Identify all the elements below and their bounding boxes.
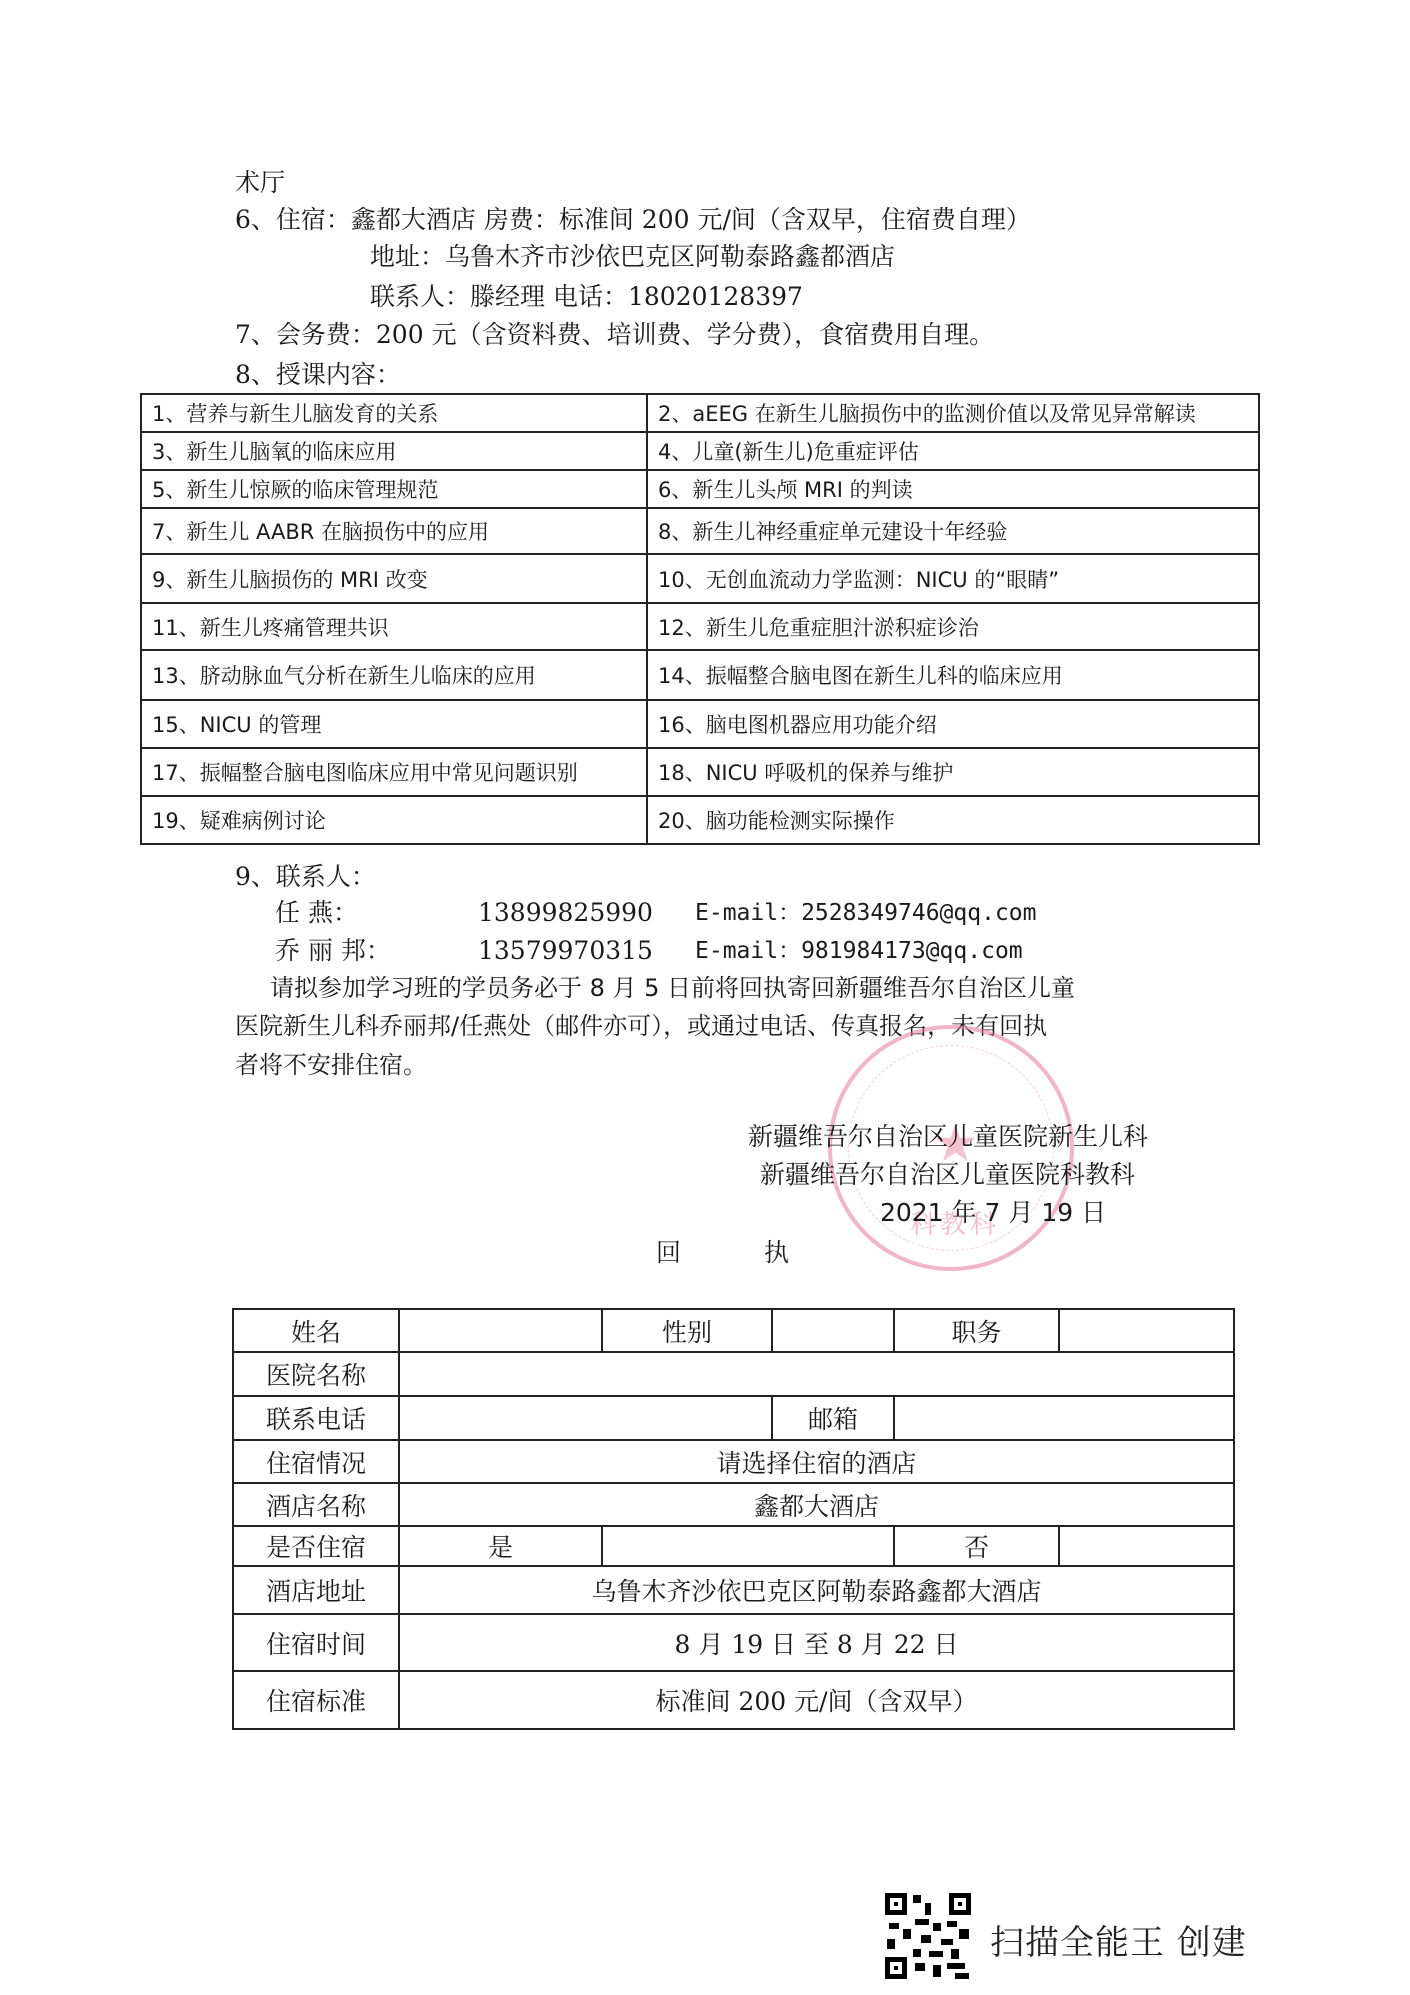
qr-finder bbox=[885, 1893, 907, 1915]
course-cell: 10、无创血流动力学监测：NICU 的“眼睛” bbox=[647, 554, 1259, 603]
course-cell: 5、新生儿惊厥的临床管理规范 bbox=[141, 470, 647, 508]
course-cell: 18、NICU 呼吸机的保养与维护 bbox=[647, 748, 1259, 796]
course-cell: 4、儿童(新生儿)危重症评估 bbox=[647, 432, 1259, 470]
phone-field[interactable] bbox=[399, 1396, 772, 1440]
hospital-label: 医院名称 bbox=[233, 1352, 399, 1396]
hospital-field[interactable] bbox=[399, 1352, 1234, 1396]
signature-date: 2021 年 7 月 19 日 bbox=[880, 1198, 1106, 1228]
contact-1-name: 任 燕： bbox=[275, 898, 358, 928]
table-row: 住宿时间 8 月 19 日 至 8 月 22 日 bbox=[233, 1614, 1234, 1671]
table-row: 是否住宿 是 否 bbox=[233, 1526, 1234, 1566]
table-row: 酒店名称 鑫都大酒店 bbox=[233, 1483, 1234, 1526]
qr-finder bbox=[949, 1893, 971, 1915]
gender-label: 性别 bbox=[602, 1309, 772, 1352]
course-cell: 15、NICU 的管理 bbox=[141, 700, 647, 748]
course-table: 1、营养与新生儿脑发育的关系 2、aEEG 在新生儿脑损伤中的监测价值以及常见异… bbox=[140, 393, 1260, 845]
notice-line-1: 请拟参加学习班的学员务必于 8 月 5 日前将回执寄回新疆维吾尔自治区儿童 bbox=[270, 973, 1075, 1003]
qr-code-icon bbox=[885, 1893, 971, 1979]
course-cell: 17、振幅整合脑电图临床应用中常见问题识别 bbox=[141, 748, 647, 796]
standard-value: 标准间 200 元/间（含双早） bbox=[399, 1671, 1234, 1729]
qr-finder bbox=[885, 1957, 907, 1979]
table-row: 酒店地址 乌鲁木齐沙依巴克区阿勒泰路鑫都大酒店 bbox=[233, 1566, 1234, 1614]
table-row: 1、营养与新生儿脑发育的关系 2、aEEG 在新生儿脑损伤中的监测价值以及常见异… bbox=[141, 394, 1259, 432]
table-row: 15、NICU 的管理 16、脑电图机器应用功能介绍 bbox=[141, 700, 1259, 748]
signature-org-2: 新疆维吾尔自治区儿童医院科教科 bbox=[760, 1160, 1135, 1190]
item-7-fee: 7、会务费：200 元（含资料费、培训费、学分费），食宿费用自理。 bbox=[235, 320, 994, 350]
stay-no-label: 否 bbox=[894, 1526, 1059, 1566]
course-cell: 20、脑功能检测实际操作 bbox=[647, 796, 1259, 844]
hotel-value: 鑫都大酒店 bbox=[399, 1483, 1234, 1526]
reply-title-right: 执 bbox=[764, 1238, 789, 1268]
table-row: 姓名 性别 职务 bbox=[233, 1309, 1234, 1352]
contact-2-phone: 13579970315 bbox=[478, 936, 653, 966]
course-cell: 1、营养与新生儿脑发育的关系 bbox=[141, 394, 647, 432]
item-6-contact: 联系人：滕经理 电话：18020128397 bbox=[370, 282, 803, 312]
course-cell: 3、新生儿脑氧的临床应用 bbox=[141, 432, 647, 470]
table-row: 联系电话 邮箱 bbox=[233, 1396, 1234, 1440]
notice-line-3: 者将不安排住宿。 bbox=[235, 1050, 427, 1080]
item-6-lodging: 6、住宿：鑫都大酒店 房费：标准间 200 元/间（含双早，住宿费自理） bbox=[235, 205, 1031, 235]
position-field[interactable] bbox=[1059, 1309, 1234, 1352]
course-cell: 8、新生儿神经重症单元建设十年经验 bbox=[647, 508, 1259, 554]
name-label: 姓名 bbox=[233, 1309, 399, 1352]
table-row: 住宿标准 标准间 200 元/间（含双早） bbox=[233, 1671, 1234, 1729]
table-row: 19、疑难病例讨论 20、脑功能检测实际操作 bbox=[141, 796, 1259, 844]
course-cell: 9、新生儿脑损伤的 MRI 改变 bbox=[141, 554, 647, 603]
name-field[interactable] bbox=[399, 1309, 602, 1352]
continuation-text: 术厅 bbox=[235, 168, 285, 198]
table-row: 3、新生儿脑氧的临床应用 4、儿童(新生儿)危重症评估 bbox=[141, 432, 1259, 470]
address-label: 酒店地址 bbox=[233, 1566, 399, 1614]
item-9-heading: 9、联系人： bbox=[235, 862, 376, 892]
time-value: 8 月 19 日 至 8 月 22 日 bbox=[399, 1614, 1234, 1671]
contact-1-phone: 13899825990 bbox=[478, 898, 653, 928]
phone-label: 联系电话 bbox=[233, 1396, 399, 1440]
stay-yes-field[interactable] bbox=[602, 1526, 894, 1566]
table-row: 住宿情况 请选择住宿的酒店 bbox=[233, 1440, 1234, 1483]
time-label: 住宿时间 bbox=[233, 1614, 399, 1671]
standard-label: 住宿标准 bbox=[233, 1671, 399, 1729]
email-field[interactable] bbox=[894, 1396, 1234, 1440]
position-label: 职务 bbox=[894, 1309, 1059, 1352]
course-cell: 7、新生儿 AABR 在脑损伤中的应用 bbox=[141, 508, 647, 554]
lodging-label: 住宿情况 bbox=[233, 1440, 399, 1483]
lodging-value: 请选择住宿的酒店 bbox=[399, 1440, 1234, 1483]
stay-no-field[interactable] bbox=[1059, 1526, 1234, 1566]
item-6-address: 地址：乌鲁木齐市沙依巴克区阿勒泰路鑫都酒店 bbox=[370, 242, 895, 272]
table-row: 13、脐动脉血气分析在新生儿临床的应用 14、振幅整合脑电图在新生儿科的临床应用 bbox=[141, 650, 1259, 700]
signature-org-1: 新疆维吾尔自治区儿童医院新生儿科 bbox=[748, 1122, 1148, 1152]
table-row: 9、新生儿脑损伤的 MRI 改变 10、无创血流动力学监测：NICU 的“眼睛” bbox=[141, 554, 1259, 603]
contact-2-email: E-mail：981984173@qq.com bbox=[695, 936, 1023, 966]
course-cell: 6、新生儿头颅 MRI 的判读 bbox=[647, 470, 1259, 508]
course-cell: 13、脐动脉血气分析在新生儿临床的应用 bbox=[141, 650, 647, 700]
course-cell: 12、新生儿危重症胆汁淤积症诊治 bbox=[647, 603, 1259, 650]
stay-yes-label: 是 bbox=[399, 1526, 602, 1566]
table-row: 5、新生儿惊厥的临床管理规范 6、新生儿头颅 MRI 的判读 bbox=[141, 470, 1259, 508]
gender-field[interactable] bbox=[772, 1309, 894, 1352]
email-label: 邮箱 bbox=[772, 1396, 894, 1440]
hotel-label: 酒店名称 bbox=[233, 1483, 399, 1526]
course-cell: 16、脑电图机器应用功能介绍 bbox=[647, 700, 1259, 748]
address-value: 乌鲁木齐沙依巴克区阿勒泰路鑫都大酒店 bbox=[399, 1566, 1234, 1614]
stay-label: 是否住宿 bbox=[233, 1526, 399, 1566]
reply-title-left: 回 bbox=[656, 1238, 681, 1268]
course-cell: 2、aEEG 在新生儿脑损伤中的监测价值以及常见异常解读 bbox=[647, 394, 1259, 432]
table-row: 11、新生儿疼痛管理共识 12、新生儿危重症胆汁淤积症诊治 bbox=[141, 603, 1259, 650]
course-cell: 11、新生儿疼痛管理共识 bbox=[141, 603, 647, 650]
reply-form-table: 姓名 性别 职务 医院名称 联系电话 邮箱 住宿情况 请选择住宿的酒店 酒店名称… bbox=[232, 1308, 1235, 1730]
course-cell: 14、振幅整合脑电图在新生儿科的临床应用 bbox=[647, 650, 1259, 700]
table-row: 17、振幅整合脑电图临床应用中常见问题识别 18、NICU 呼吸机的保养与维护 bbox=[141, 748, 1259, 796]
table-row: 7、新生儿 AABR 在脑损伤中的应用 8、新生儿神经重症单元建设十年经验 bbox=[141, 508, 1259, 554]
scanner-watermark: 扫描全能王 创建 bbox=[990, 1915, 1247, 1964]
item-8-heading: 8、授课内容： bbox=[235, 360, 401, 390]
contact-2-name: 乔 丽 邦： bbox=[275, 936, 391, 966]
contact-1-email: E-mail：2528349746@qq.com bbox=[695, 898, 1037, 928]
table-row: 医院名称 bbox=[233, 1352, 1234, 1396]
course-cell: 19、疑难病例讨论 bbox=[141, 796, 647, 844]
